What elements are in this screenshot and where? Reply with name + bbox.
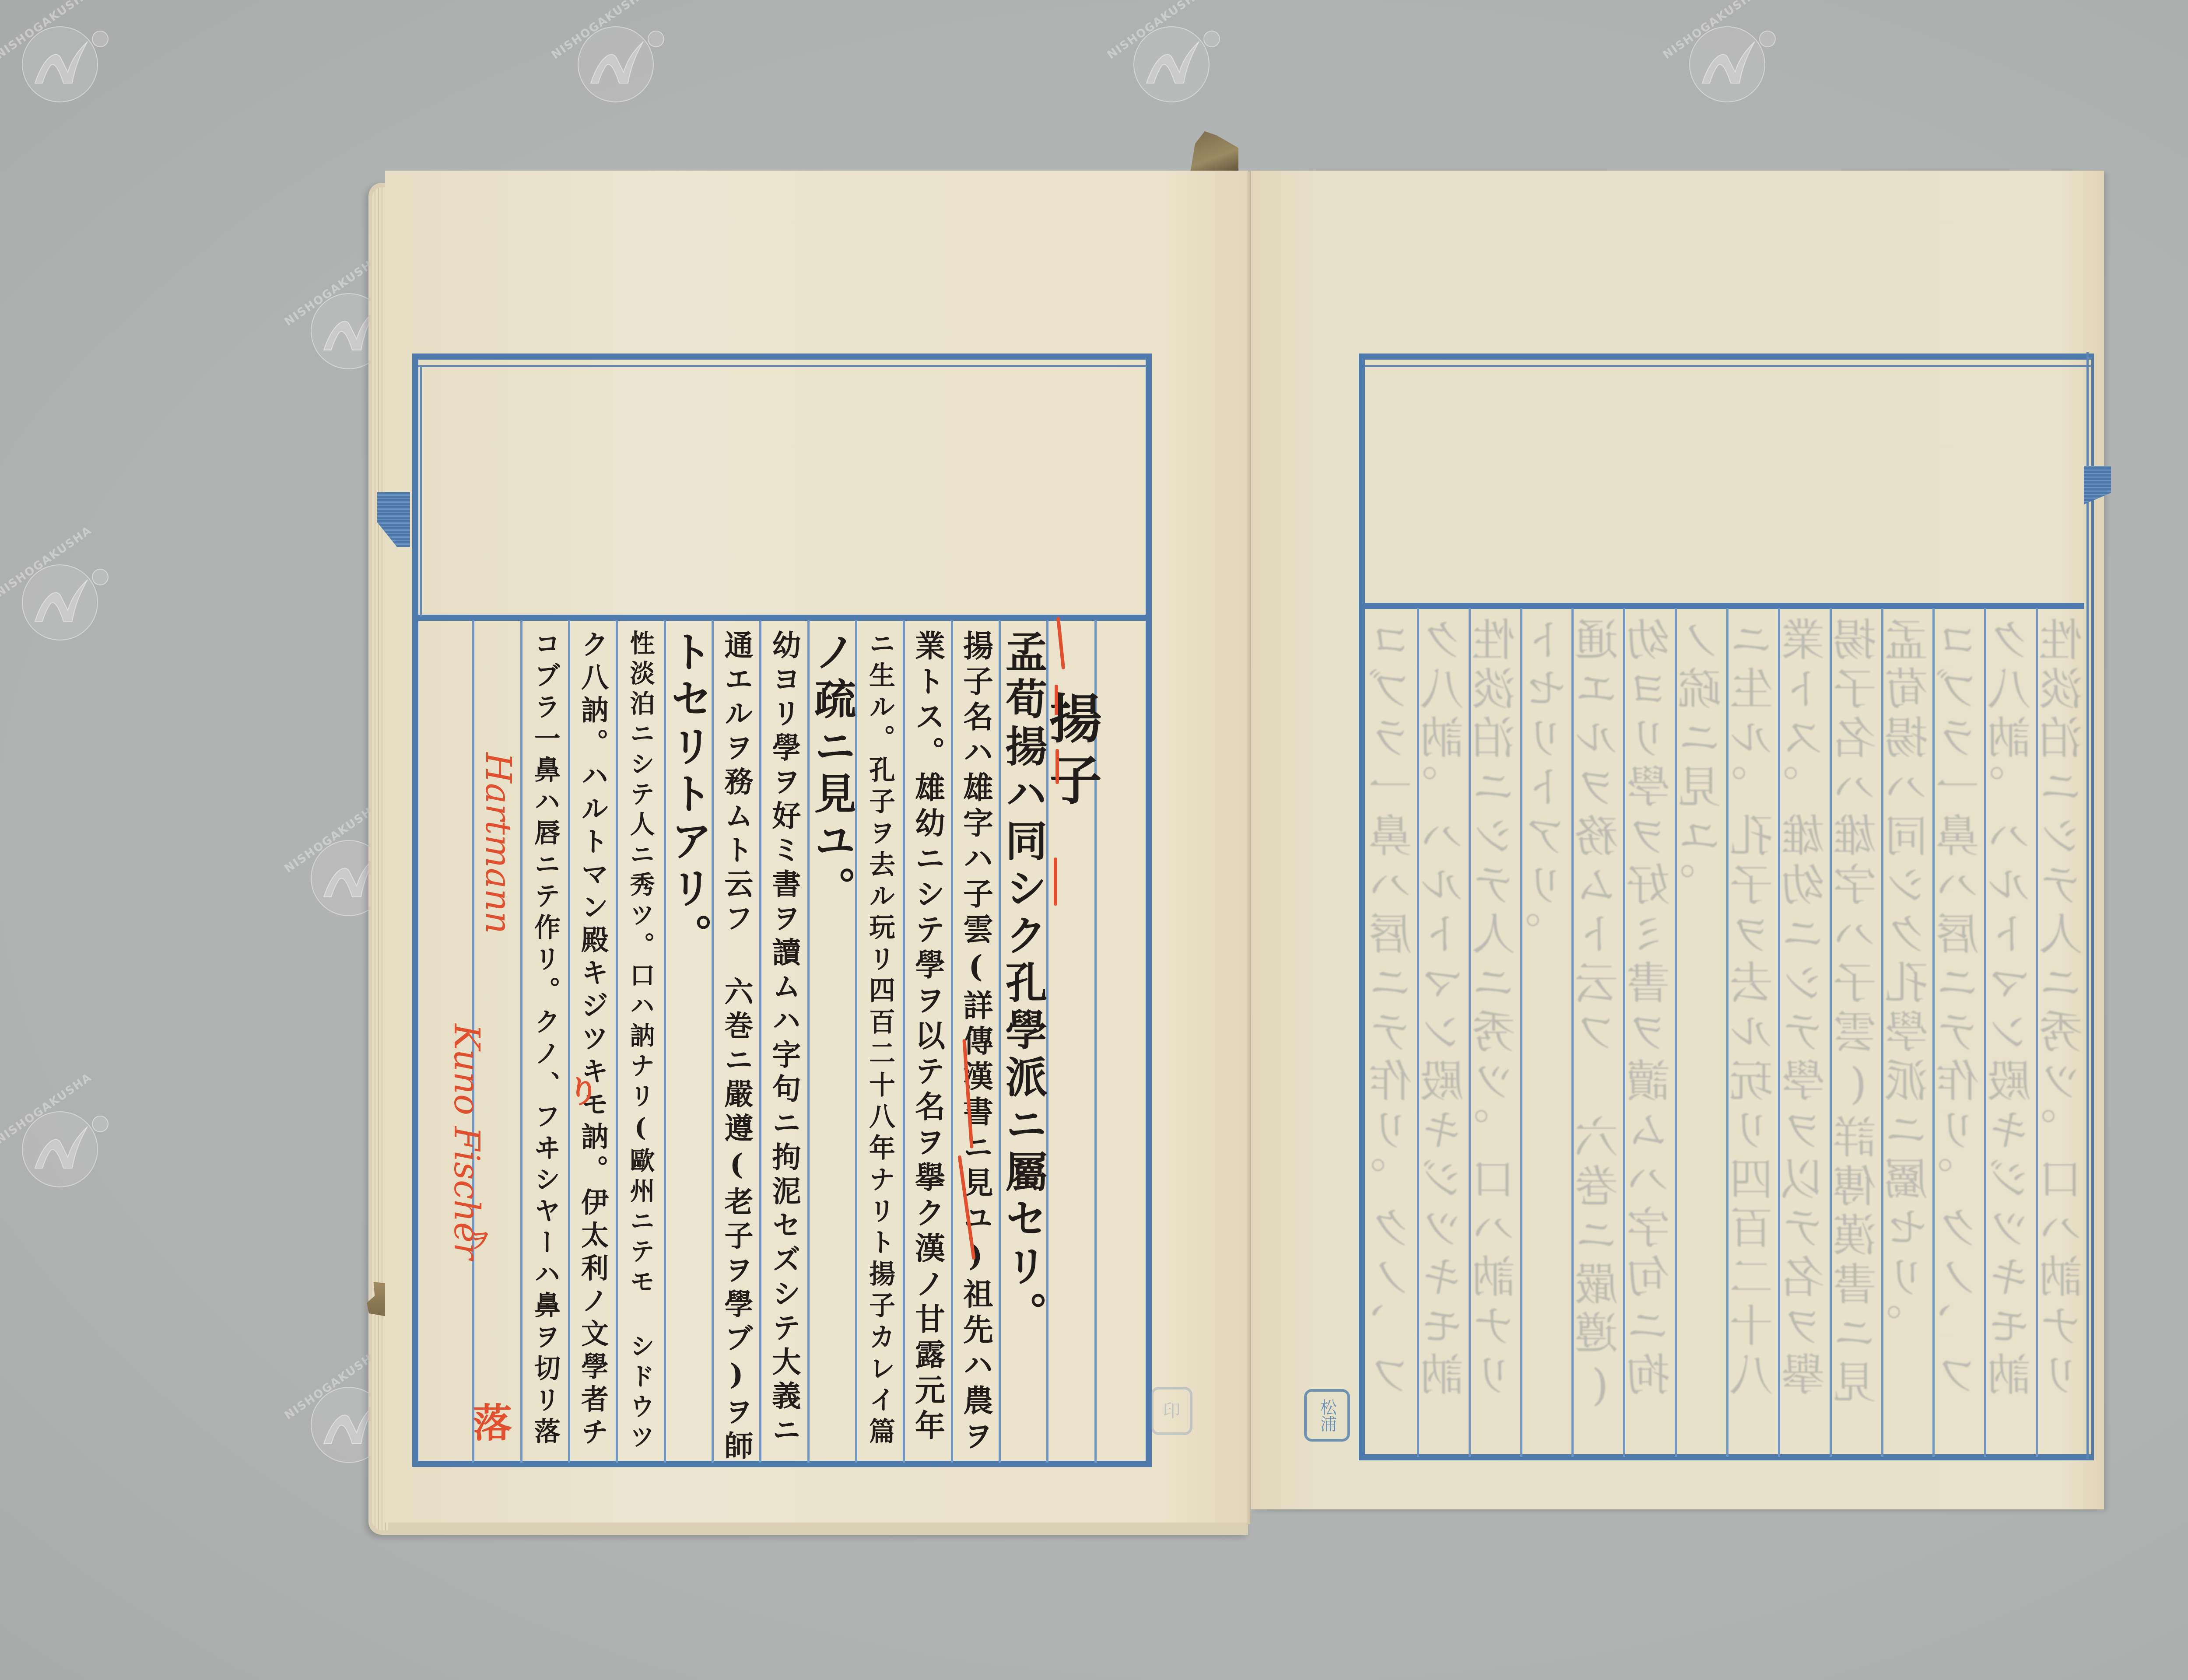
- red-underline-mark: [1055, 749, 1059, 784]
- text-column: 幼ヨリ學ヲ好ミ書ヲ讀ムハ字句ニ拘泥セズシテ大義ニ: [760, 630, 808, 1449]
- show-through-text: ニ生ル。孔子ヲ去ル玩リ四百二十八: [1730, 617, 1780, 1401]
- show-through-text: 通エルヲ務ムト云フ 六巻ニ嚴遵(: [1575, 617, 1625, 1416]
- show-through-text: コブラ一鼻ハ唇ニテ作リ。クノ、フ: [1936, 617, 1986, 1401]
- show-through-text: ノ疏ニ見ユ。: [1678, 617, 1729, 911]
- show-through-text: トセリトアリ。: [1524, 617, 1574, 960]
- text-column: 業トス。雄幼ニシテ學ヲ以テ名ヲ擧ク漢ノ甘露元年: [904, 630, 951, 1445]
- red-correction-wo: ヲ: [469, 1223, 491, 1254]
- red-correction-ri: り: [568, 1067, 599, 1112]
- show-through-text: 揚子名ハ雄字ハ子雲(詳傳漢書ニ見: [1833, 617, 1883, 1408]
- text-column: 性淡泊ニシテ人ニ秀ツ。口ハ訥ナリ(歐州ニテモ シドウツ: [617, 630, 664, 1454]
- show-through-text: 性淡泊ニシテ人ニ秀ツ。口ハ訥ナリ: [1472, 617, 1522, 1401]
- show-through-text: 性淡泊ニシテ人ニ秀ツ。口ハ訥ナリ: [2039, 617, 2090, 1401]
- right-head-box-inner-top: [1364, 365, 2091, 367]
- text-column: コブラ一鼻ハ唇ニテ作リ。クノ、フヰシヤーハ鼻ヲ切リ落: [521, 630, 569, 1449]
- red-correction-raku: 落: [473, 1391, 512, 1448]
- text-column: 孟荀揚ハ同シク孔學派ニ屬セリ。: [999, 630, 1047, 1339]
- spine-fold: [1248, 171, 1250, 1524]
- show-through-text: 幼ヨリ學ヲ好ミ書ヲ讀ムハ字句ニ拘: [1627, 617, 1677, 1401]
- left-seal-stamp: 印: [1151, 1387, 1192, 1435]
- text-column: ク八訥。ハルトマン殿キジツキモ訥。伊太利ノ文學者チ: [569, 630, 617, 1450]
- show-through-text: ク八訥。ハルトマン殿キジツキモ訥: [1420, 617, 1471, 1401]
- text-column: 揚子名ハ雄字ハ子雲(詳傳漢書ニ見ユ)祖先ハ農ヲ: [952, 630, 999, 1456]
- right-seal-stamp: 松浦: [1304, 1389, 1350, 1442]
- show-through-text: コブラ一鼻ハ唇ニテ作リ。クノ、フ: [1369, 617, 1419, 1401]
- text-column: トセリトアリ。: [665, 630, 712, 961]
- text-column: ノ疏ニ見ユ。: [808, 630, 856, 913]
- left-head-box-bottom: [418, 615, 1147, 621]
- left-head-box-inner-top: [418, 365, 1147, 367]
- show-through-text: 業トス。雄幼ニシテ學ヲ以テ名ヲ擧: [1781, 617, 1832, 1401]
- red-annotation-hartmann: Hartmann: [478, 752, 519, 934]
- text-column: 通エルヲ務ムト云フ 六巻ニ嚴遵(老子ヲ學ブ)ヲ師: [712, 630, 760, 1465]
- left-head-box-inner-left: [420, 365, 422, 617]
- red-underline-mark: [1055, 685, 1058, 715]
- text-column: ニ生ル。孔子ヲ去ル玩リ四百二十八年ナリト揚子カレイ篇: [856, 630, 904, 1449]
- right-head-box-bottom: [1364, 603, 2084, 609]
- show-through-text: 孟荀揚ハ同シク孔學派ニ屬セリ。: [1885, 617, 1935, 1352]
- show-through-text: ク八訥。ハルトマン殿キジツキモ訥: [1988, 617, 2038, 1401]
- red-underline-mark: [1054, 857, 1057, 906]
